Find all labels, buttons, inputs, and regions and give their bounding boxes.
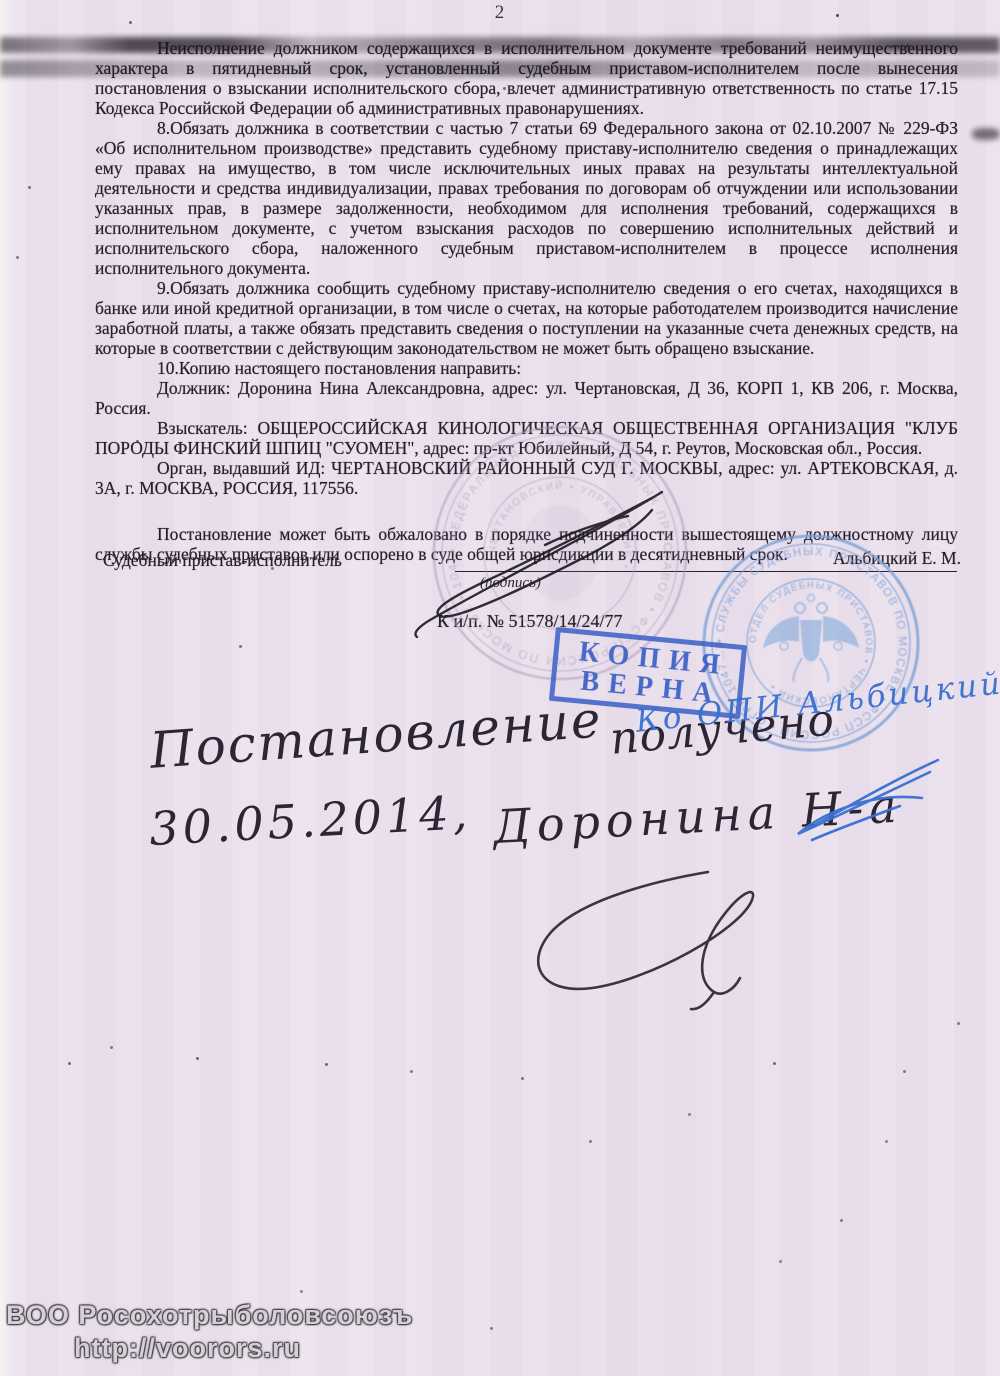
double-eagle-emblem-icon — [763, 595, 859, 683]
blue-signature-stroke — [798, 760, 938, 840]
watermark-url: http://voorors.ru — [6, 1333, 413, 1364]
handwritten-date: 30.05.2014, — [148, 785, 472, 856]
doc-paragraph: 9.Обязать должника сообщить судебному пр… — [95, 278, 958, 358]
doc-paragraph: 10.Копию настоящего постановления направ… — [95, 358, 958, 378]
scanned-document-page: 2 Неисполнение должником содержащихся в … — [0, 0, 1000, 1376]
doc-paragraph: Должник: Доронина Нина Александровна, ад… — [95, 378, 958, 418]
page-number: 2 — [0, 2, 1000, 24]
handwritten-note-word1: Постановление — [148, 690, 604, 779]
watermark-org-name: ВОО Росохотрыболовсоюзъ — [6, 1300, 413, 1331]
recipient-signature-stroke — [538, 872, 753, 1009]
site-watermark: ВОО Росохотрыболовсоюзъ http://voorors.r… — [6, 1300, 413, 1364]
doc-paragraph: 8.Обязать должника в соответствии с част… — [95, 118, 958, 278]
faded-stamp-emblem — [520, 505, 600, 601]
handwritten-recipient-name: Доронина Н-а — [492, 779, 904, 854]
doc-paragraph: Неисполнение должником содержащихся в ис… — [95, 38, 958, 118]
scan-smudge-mark — [972, 128, 1000, 140]
bailiff-title-label: Судебный пристав-исполнитель — [103, 550, 342, 571]
